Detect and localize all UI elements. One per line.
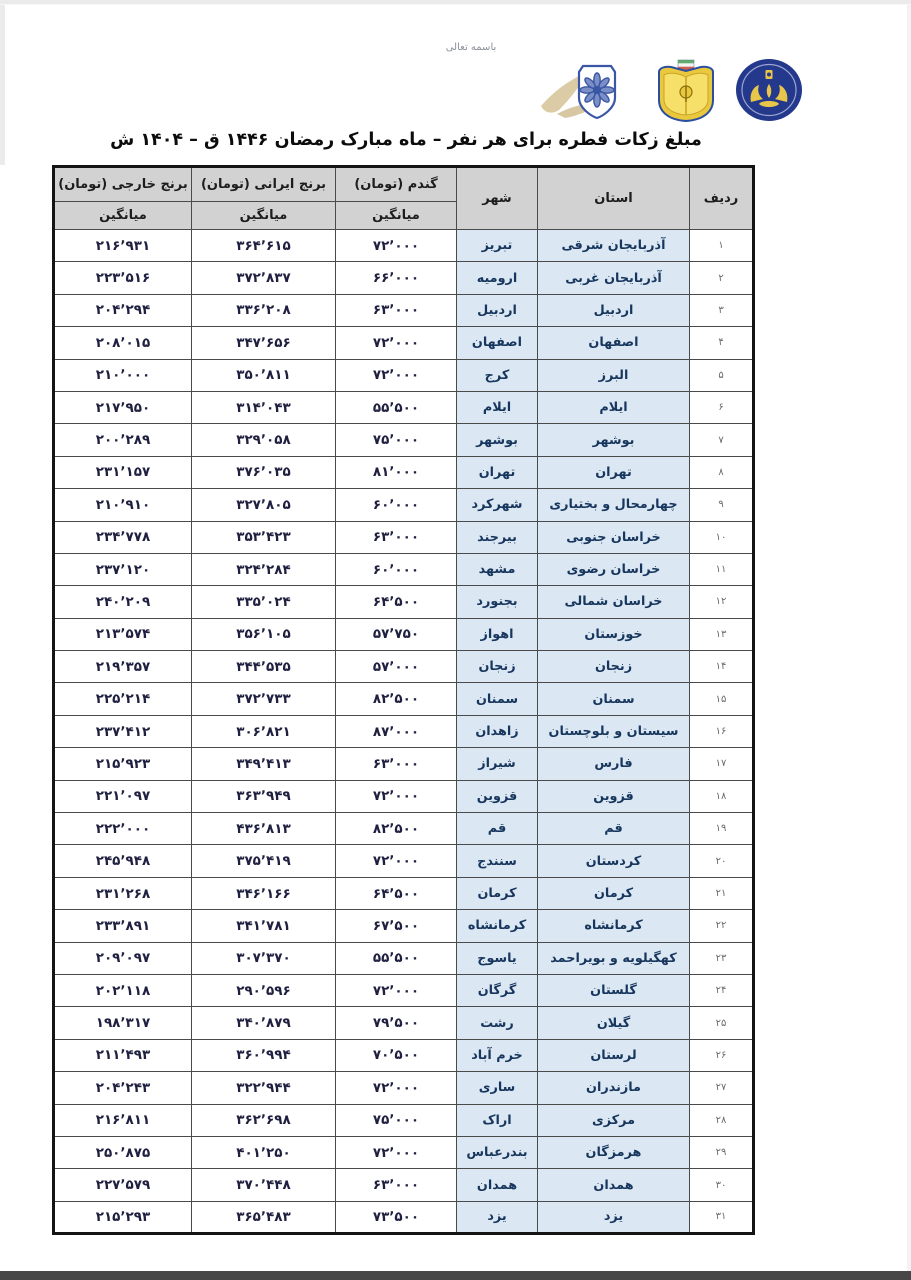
foreign-rice-price-cell: ۲۳۴٬۷۷۸ [54,521,192,553]
table-row: ۷ بوشهر بوشهر ۷۵٬۰۰۰ ۳۲۹٬۰۵۸ ۲۰۰٬۲۸۹ [54,424,754,456]
col-header-province: استان [538,167,690,230]
table-row: ۱۳ خوزستان اهواز ۵۷٬۷۵۰ ۳۵۶٬۱۰۵ ۲۱۳٬۵۷۴ [54,618,754,650]
city-cell: شیراز [457,748,538,780]
city-cell: اهواز [457,618,538,650]
province-cell: زنجان [538,651,690,683]
zakat-table-wrap: ردیف استان شهر گندم (تومان) میانگین برنج… [52,165,755,1235]
foreign-rice-price-cell: ۱۹۸٬۳۱۷ [54,1007,192,1039]
wheat-price-cell: ۵۵٬۵۰۰ [336,942,457,974]
iranian-rice-price-cell: ۳۵۰٬۸۱۱ [192,359,336,391]
foreign-rice-price-cell: ۲۱۵٬۹۲۳ [54,748,192,780]
iranian-rice-price-cell: ۳۲۴٬۲۸۴ [192,553,336,585]
province-cell: سمنان [538,683,690,715]
city-cell: بجنورد [457,586,538,618]
province-cell: کردستان [538,845,690,877]
province-cell: خراسان شمالی [538,586,690,618]
province-cell: اردبیل [538,294,690,326]
foreign-rice-price-cell: ۲۱۳٬۵۷۴ [54,618,192,650]
foreign-rice-price-cell: ۲۳۱٬۲۶۸ [54,877,192,909]
row-number-cell: ۲۴ [690,974,754,1006]
wheat-price-cell: ۷۲٬۰۰۰ [336,780,457,812]
table-row: ۱۰ خراسان جنوبی بیرجند ۶۳٬۰۰۰ ۳۵۳٬۴۲۳ ۲۳… [54,521,754,553]
col-header-rice-iranian-label: برنج ایرانی (تومان) [192,168,335,202]
city-cell: قم [457,813,538,845]
table-row: ۲۴ گلستان گرگان ۷۲٬۰۰۰ ۲۹۰٬۵۹۶ ۲۰۲٬۱۱۸ [54,974,754,1006]
city-cell: زنجان [457,651,538,683]
hawzah-emblem-logo [651,58,721,124]
wheat-price-cell: ۷۰٬۵۰۰ [336,1039,457,1071]
table-row: ۱۶ سیستان و بلوچستان زاهدان ۸۷٬۰۰۰ ۳۰۶٬۸… [54,715,754,747]
bottom-screen-edge-bar [0,1271,911,1280]
foreign-rice-price-cell: ۲۱۶٬۸۱۱ [54,1104,192,1136]
table-row: ۱ آذربایجان شرقی تبریز ۷۲٬۰۰۰ ۳۶۴٬۶۱۵ ۲۱… [54,230,754,262]
iranian-rice-price-cell: ۳۶۲٬۶۹۸ [192,1104,336,1136]
row-number-cell: ۱ [690,230,754,262]
city-cell: یاسوج [457,942,538,974]
iranian-rice-price-cell: ۳۳۶٬۲۰۸ [192,294,336,326]
table-row: ۲۵ گیلان رشت ۷۹٬۵۰۰ ۳۴۰٬۸۷۹ ۱۹۸٬۳۱۷ [54,1007,754,1039]
iranian-rice-price-cell: ۳۶۰٬۹۹۴ [192,1039,336,1071]
right-edge-strip [907,5,911,1275]
wheat-price-cell: ۵۷٬۷۵۰ [336,618,457,650]
col-header-wheat: گندم (تومان) میانگین [336,167,457,230]
province-cell: چهارمحال و بختیاری [538,489,690,521]
iranian-rice-price-cell: ۳۴۰٬۸۷۹ [192,1007,336,1039]
row-number-cell: ۵ [690,359,754,391]
zakat-table: ردیف استان شهر گندم (تومان) میانگین برنج… [52,165,755,1235]
city-cell: سمنان [457,683,538,715]
row-number-cell: ۲ [690,262,754,294]
iranian-rice-price-cell: ۳۴۹٬۴۱۳ [192,748,336,780]
foreign-rice-price-cell: ۲۱۰٬۰۰۰ [54,359,192,391]
province-cell: فارس [538,748,690,780]
col-header-rice-foreign-average-label: میانگین [55,202,191,229]
city-cell: اصفهان [457,327,538,359]
city-cell: بندرعباس [457,1136,538,1168]
table-row: ۸ تهران تهران ۸۱٬۰۰۰ ۳۷۶٬۰۳۵ ۲۳۱٬۱۵۷ [54,456,754,488]
city-cell: مشهد [457,553,538,585]
foreign-rice-price-cell: ۲۲۷٬۵۷۹ [54,1169,192,1201]
foreign-rice-price-cell: ۲۱۷٬۹۵۰ [54,391,192,423]
wheat-price-cell: ۷۵٬۰۰۰ [336,424,457,456]
table-row: ۳۰ همدان همدان ۶۳٬۰۰۰ ۳۷۰٬۴۴۸ ۲۲۷٬۵۷۹ [54,1169,754,1201]
row-number-cell: ۲۰ [690,845,754,877]
row-number-cell: ۸ [690,456,754,488]
table-row: ۲ آذربایجان غربی ارومیه ۶۶٬۰۰۰ ۳۷۲٬۸۳۷ ۲… [54,262,754,294]
col-header-rice-iranian-average-label: میانگین [192,202,335,229]
city-cell: اراک [457,1104,538,1136]
iranian-rice-price-cell: ۳۶۴٬۶۱۵ [192,230,336,262]
wheat-price-cell: ۸۷٬۰۰۰ [336,715,457,747]
table-row: ۲۷ مازندران ساری ۷۲٬۰۰۰ ۳۲۲٬۹۴۴ ۲۰۴٬۲۴۳ [54,1072,754,1104]
wheat-price-cell: ۶۳٬۰۰۰ [336,1169,457,1201]
table-row: ۲۱ کرمان کرمان ۶۴٬۵۰۰ ۳۴۶٬۱۶۶ ۲۳۱٬۲۶۸ [54,877,754,909]
row-number-cell: ۶ [690,391,754,423]
document-page: باسمه تعالی [0,0,911,1280]
row-number-cell: ۱۷ [690,748,754,780]
row-number-cell: ۲۲ [690,910,754,942]
province-cell: خوزستان [538,618,690,650]
foreign-rice-price-cell: ۲۲۳٬۵۱۶ [54,262,192,294]
row-number-cell: ۷ [690,424,754,456]
city-cell: ارومیه [457,262,538,294]
table-body: ۱ آذربایجان شرقی تبریز ۷۲٬۰۰۰ ۳۶۴٬۶۱۵ ۲۱… [54,230,754,1234]
province-cell: گیلان [538,1007,690,1039]
row-number-cell: ۱۳ [690,618,754,650]
province-cell: لرستان [538,1039,690,1071]
province-cell: البرز [538,359,690,391]
top-edge-strip [0,0,911,5]
table-row: ۵ البرز کرج ۷۲٬۰۰۰ ۳۵۰٬۸۱۱ ۲۱۰٬۰۰۰ [54,359,754,391]
iranian-rice-price-cell: ۳۶۳٬۹۴۹ [192,780,336,812]
province-cell: هرمزگان [538,1136,690,1168]
wheat-price-cell: ۸۲٬۵۰۰ [336,683,457,715]
table-row: ۲۹ هرمزگان بندرعباس ۷۲٬۰۰۰ ۴۰۱٬۲۵۰ ۲۵۰٬۸… [54,1136,754,1168]
foreign-rice-price-cell: ۲۰۴٬۲۹۴ [54,294,192,326]
city-cell: قزوین [457,780,538,812]
city-cell: کرمانشاه [457,910,538,942]
foreign-rice-price-cell: ۲۵۰٬۸۷۵ [54,1136,192,1168]
table-row: ۱۵ سمنان سمنان ۸۲٬۵۰۰ ۳۷۲٬۷۳۳ ۲۲۵٬۲۱۴ [54,683,754,715]
foreign-rice-price-cell: ۲۴۵٬۹۴۸ [54,845,192,877]
foreign-rice-price-cell: ۲۳۷٬۴۱۲ [54,715,192,747]
table-row: ۱۱ خراسان رضوی مشهد ۶۰٬۰۰۰ ۳۲۴٬۲۸۴ ۲۳۷٬۱… [54,553,754,585]
city-cell: کرج [457,359,538,391]
row-number-cell: ۱۵ [690,683,754,715]
iranian-rice-price-cell: ۳۱۴٬۰۴۳ [192,391,336,423]
table-row: ۱۹ قم قم ۸۲٬۵۰۰ ۴۳۶٬۸۱۳ ۲۲۲٬۰۰۰ [54,813,754,845]
row-number-cell: ۲۳ [690,942,754,974]
row-number-cell: ۲۵ [690,1007,754,1039]
iranian-rice-price-cell: ۳۵۳٬۴۲۳ [192,521,336,553]
province-cell: مرکزی [538,1104,690,1136]
wheat-price-cell: ۷۹٬۵۰۰ [336,1007,457,1039]
foreign-rice-price-cell: ۲۴۰٬۲۰۹ [54,586,192,618]
table-row: ۲۸ مرکزی اراک ۷۵٬۰۰۰ ۳۶۲٬۶۹۸ ۲۱۶٬۸۱۱ [54,1104,754,1136]
wheat-price-cell: ۷۲٬۰۰۰ [336,359,457,391]
wheat-price-cell: ۷۲٬۰۰۰ [336,230,457,262]
col-header-rice-iranian: برنج ایرانی (تومان) میانگین [192,167,336,230]
wheat-price-cell: ۵۷٬۰۰۰ [336,651,457,683]
iranian-rice-price-cell: ۳۴۶٬۱۶۶ [192,877,336,909]
foreign-rice-price-cell: ۲۳۱٬۱۵۷ [54,456,192,488]
table-row: ۳۱ یزد یزد ۷۳٬۵۰۰ ۳۶۵٬۴۸۳ ۲۱۵٬۲۹۳ [54,1201,754,1233]
iranian-rice-price-cell: ۳۷۲٬۸۳۷ [192,262,336,294]
table-row: ۱۲ خراسان شمالی بجنورد ۶۴٬۵۰۰ ۳۳۵٬۰۲۴ ۲۴… [54,586,754,618]
iranian-rice-price-cell: ۳۲۷٬۸۰۵ [192,489,336,521]
province-cell: آذربایجان شرقی [538,230,690,262]
foreign-rice-price-cell: ۲۱۵٬۲۹۳ [54,1201,192,1233]
city-cell: اردبیل [457,294,538,326]
foreign-rice-price-cell: ۲۲۱٬۰۹۷ [54,780,192,812]
wheat-price-cell: ۶۴٬۵۰۰ [336,586,457,618]
province-cell: مازندران [538,1072,690,1104]
col-header-row-label: ردیف [704,191,739,206]
row-number-cell: ۱۴ [690,651,754,683]
row-number-cell: ۱۰ [690,521,754,553]
row-number-cell: ۹ [690,489,754,521]
iranian-rice-price-cell: ۳۳۵٬۰۲۴ [192,586,336,618]
table-row: ۲۳ کهگیلویه و بویراحمد یاسوج ۵۵٬۵۰۰ ۳۰۷٬… [54,942,754,974]
province-cell: همدان [538,1169,690,1201]
city-cell: ساری [457,1072,538,1104]
foreign-rice-price-cell: ۲۰۹٬۰۹۷ [54,942,192,974]
wheat-price-cell: ۶۷٬۵۰۰ [336,910,457,942]
col-header-wheat-average-label: میانگین [336,202,456,229]
wheat-price-cell: ۶۳٬۰۰۰ [336,748,457,780]
wheat-price-cell: ۷۲٬۰۰۰ [336,1136,457,1168]
foreign-rice-price-cell: ۲۰۰٬۲۸۹ [54,424,192,456]
wheat-price-cell: ۸۲٬۵۰۰ [336,813,457,845]
foreign-rice-price-cell: ۲۱۶٬۹۳۱ [54,230,192,262]
row-number-cell: ۳ [690,294,754,326]
row-number-cell: ۲۸ [690,1104,754,1136]
table-row: ۹ چهارمحال و بختیاری شهرکرد ۶۰٬۰۰۰ ۳۲۷٬۸… [54,489,754,521]
province-cell: آذربایجان غربی [538,262,690,294]
bismillah-text: باسمه تعالی [391,42,551,53]
iranian-rice-price-cell: ۳۲۲٬۹۴۴ [192,1072,336,1104]
iranian-rice-price-cell: ۳۵۶٬۱۰۵ [192,618,336,650]
iranian-rice-price-cell: ۲۹۰٬۵۹۶ [192,974,336,1006]
iranian-rice-price-cell: ۳۷۰٬۴۴۸ [192,1169,336,1201]
foreign-rice-price-cell: ۲۰۸٬۰۱۵ [54,327,192,359]
wheat-price-cell: ۷۵٬۰۰۰ [336,1104,457,1136]
iranian-rice-price-cell: ۳۲۹٬۰۵۸ [192,424,336,456]
wheat-price-cell: ۶۰٬۰۰۰ [336,489,457,521]
foreign-rice-price-cell: ۲۲۵٬۲۱۴ [54,683,192,715]
province-cell: یزد [538,1201,690,1233]
wheat-price-cell: ۸۱٬۰۰۰ [336,456,457,488]
city-cell: کرمان [457,877,538,909]
table-header: ردیف استان شهر گندم (تومان) میانگین برنج… [54,167,754,230]
col-header-city-label: شهر [482,191,511,206]
province-cell: اصفهان [538,327,690,359]
table-row: ۲۰ کردستان سنندج ۷۲٬۰۰۰ ۳۷۵٬۴۱۹ ۲۴۵٬۹۴۸ [54,845,754,877]
page-title: مبلغ زکات فطره برای هر نفر – ماه مبارک ر… [56,130,756,150]
foreign-rice-price-cell: ۲۲۲٬۰۰۰ [54,813,192,845]
city-cell: سنندج [457,845,538,877]
province-cell: بوشهر [538,424,690,456]
iranian-rice-price-cell: ۴۳۶٬۸۱۳ [192,813,336,845]
col-header-rice-foreign: برنج خارجی (تومان) میانگین [54,167,192,230]
table-row: ۱۴ زنجان زنجان ۵۷٬۰۰۰ ۳۴۴٬۵۳۵ ۲۱۹٬۳۵۷ [54,651,754,683]
iranian-rice-price-cell: ۳۰۷٬۳۷۰ [192,942,336,974]
city-cell: یزد [457,1201,538,1233]
wheat-price-cell: ۶۴٬۵۰۰ [336,877,457,909]
row-number-cell: ۱۹ [690,813,754,845]
iranian-rice-price-cell: ۴۰۱٬۲۵۰ [192,1136,336,1168]
city-cell: گرگان [457,974,538,1006]
table-row: ۴ اصفهان اصفهان ۷۲٬۰۰۰ ۳۴۷٬۶۵۶ ۲۰۸٬۰۱۵ [54,327,754,359]
province-cell: کهگیلویه و بویراحمد [538,942,690,974]
wheat-price-cell: ۷۳٬۵۰۰ [336,1201,457,1233]
city-cell: رشت [457,1007,538,1039]
markaz-mozooshenasi-logo [537,58,637,126]
col-header-row-number: ردیف [690,167,754,230]
row-number-cell: ۱۸ [690,780,754,812]
table-row: ۱۷ فارس شیراز ۶۳٬۰۰۰ ۳۴۹٬۴۱۳ ۲۱۵٬۹۲۳ [54,748,754,780]
left-edge-strip [0,5,5,165]
row-number-cell: ۲۹ [690,1136,754,1168]
col-header-rice-foreign-label: برنج خارجی (تومان) [55,168,191,202]
province-cell: خراسان جنوبی [538,521,690,553]
iranian-rice-price-cell: ۳۰۶٬۸۲۱ [192,715,336,747]
province-cell: تهران [538,456,690,488]
wheat-price-cell: ۷۲٬۰۰۰ [336,1072,457,1104]
row-number-cell: ۱۶ [690,715,754,747]
foreign-rice-price-cell: ۲۱۹٬۳۵۷ [54,651,192,683]
city-cell: تهران [457,456,538,488]
city-cell: خرم آباد [457,1039,538,1071]
iranian-rice-price-cell: ۳۴۴٬۵۳۵ [192,651,336,683]
province-cell: گلستان [538,974,690,1006]
city-cell: زاهدان [457,715,538,747]
row-number-cell: ۲۱ [690,877,754,909]
row-number-cell: ۴ [690,327,754,359]
table-row: ۳ اردبیل اردبیل ۶۳٬۰۰۰ ۳۳۶٬۲۰۸ ۲۰۴٬۲۹۴ [54,294,754,326]
emdad-committee-logo [735,58,803,122]
iranian-rice-price-cell: ۳۴۱٬۷۸۱ [192,910,336,942]
foreign-rice-price-cell: ۲۳۷٬۱۲۰ [54,553,192,585]
city-cell: شهرکرد [457,489,538,521]
row-number-cell: ۱۱ [690,553,754,585]
iranian-rice-price-cell: ۳۷۵٬۴۱۹ [192,845,336,877]
province-cell: کرمان [538,877,690,909]
row-number-cell: ۲۷ [690,1072,754,1104]
province-cell: کرمانشاه [538,910,690,942]
col-header-wheat-label: گندم (تومان) [336,168,456,202]
row-number-cell: ۳۰ [690,1169,754,1201]
province-cell: قزوین [538,780,690,812]
city-cell: ایلام [457,391,538,423]
city-cell: بوشهر [457,424,538,456]
province-cell: قم [538,813,690,845]
table-row: ۶ ایلام ایلام ۵۵٬۵۰۰ ۳۱۴٬۰۴۳ ۲۱۷٬۹۵۰ [54,391,754,423]
province-cell: سیستان و بلوچستان [538,715,690,747]
wheat-price-cell: ۶۶٬۰۰۰ [336,262,457,294]
col-header-province-label: استان [594,191,633,206]
iranian-rice-price-cell: ۳۶۵٬۴۸۳ [192,1201,336,1233]
col-header-city: شهر [457,167,538,230]
table-row: ۲۶ لرستان خرم آباد ۷۰٬۵۰۰ ۳۶۰٬۹۹۴ ۲۱۱٬۴۹… [54,1039,754,1071]
table-row: ۲۲ کرمانشاه کرمانشاه ۶۷٬۵۰۰ ۳۴۱٬۷۸۱ ۲۳۳٬… [54,910,754,942]
foreign-rice-price-cell: ۲۱۰٬۹۱۰ [54,489,192,521]
foreign-rice-price-cell: ۲۳۳٬۸۹۱ [54,910,192,942]
city-cell: همدان [457,1169,538,1201]
city-cell: تبریز [457,230,538,262]
province-cell: ایلام [538,391,690,423]
province-cell: خراسان رضوی [538,553,690,585]
iranian-rice-price-cell: ۳۴۷٬۶۵۶ [192,327,336,359]
wheat-price-cell: ۶۳٬۰۰۰ [336,294,457,326]
wheat-price-cell: ۷۲٬۰۰۰ [336,845,457,877]
wheat-price-cell: ۵۵٬۵۰۰ [336,391,457,423]
wheat-price-cell: ۷۲٬۰۰۰ [336,974,457,1006]
table-row: ۱۸ قزوین قزوین ۷۲٬۰۰۰ ۳۶۳٬۹۴۹ ۲۲۱٬۰۹۷ [54,780,754,812]
row-number-cell: ۲۶ [690,1039,754,1071]
iranian-rice-price-cell: ۳۷۶٬۰۳۵ [192,456,336,488]
row-number-cell: ۱۲ [690,586,754,618]
foreign-rice-price-cell: ۲۰۴٬۲۴۳ [54,1072,192,1104]
wheat-price-cell: ۶۳٬۰۰۰ [336,521,457,553]
foreign-rice-price-cell: ۲۰۲٬۱۱۸ [54,974,192,1006]
city-cell: بیرجند [457,521,538,553]
row-number-cell: ۳۱ [690,1201,754,1233]
wheat-price-cell: ۶۰٬۰۰۰ [336,553,457,585]
foreign-rice-price-cell: ۲۱۱٬۴۹۳ [54,1039,192,1071]
wheat-price-cell: ۷۲٬۰۰۰ [336,327,457,359]
iranian-rice-price-cell: ۳۷۲٬۷۳۳ [192,683,336,715]
